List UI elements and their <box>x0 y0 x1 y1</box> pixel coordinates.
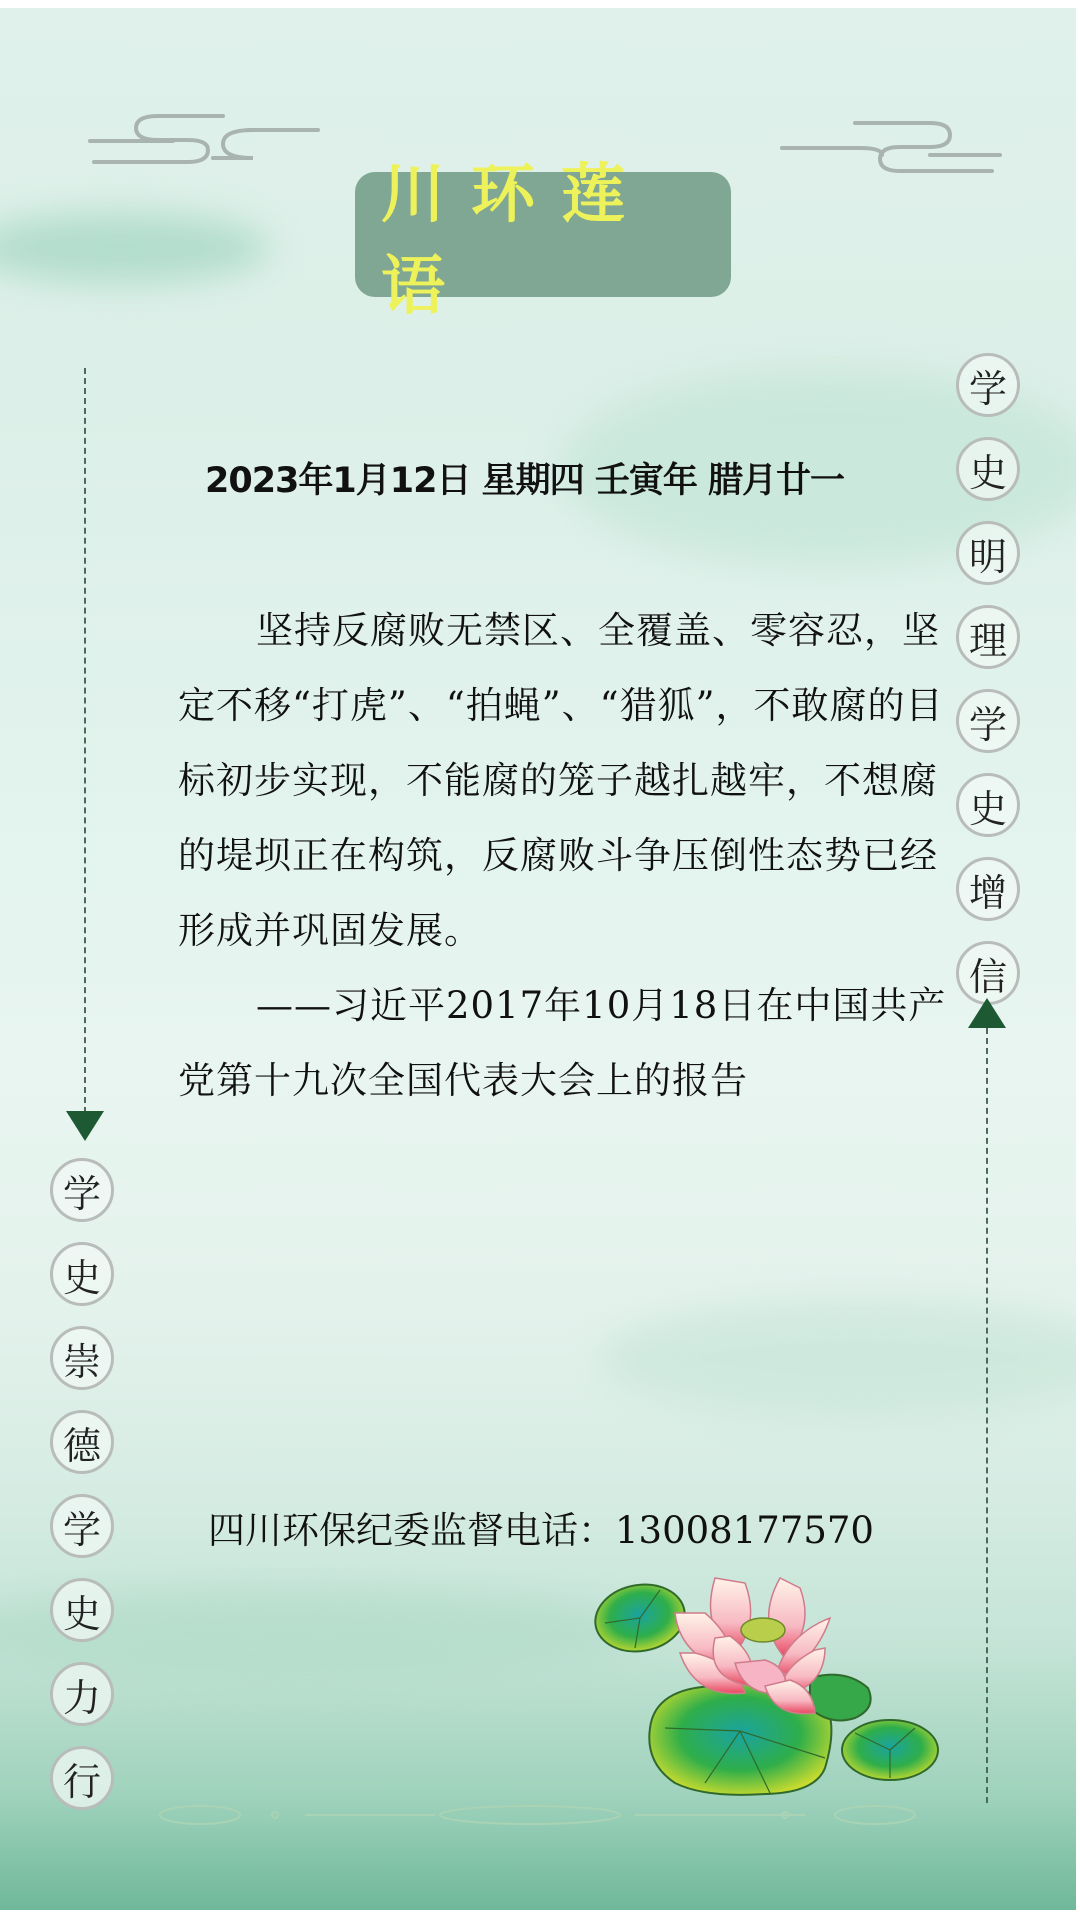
cloud-scroll-icon <box>88 106 328 176</box>
slogan-char: 史 <box>50 1242 114 1306</box>
title-banner: 川环莲语 <box>355 172 731 297</box>
triangle-up-icon <box>968 998 1006 1028</box>
poster-canvas: 川环莲语 2023年1月12日 星期四 壬寅年 腊月廿一 坚持反腐败无禁区、全覆… <box>0 8 1076 1910</box>
slogan-char: 史 <box>956 773 1020 837</box>
left-dashed-line <box>84 368 86 1113</box>
quote-attribution: ——习近平2017年10月18日在中国共产党第十九次全国代表大会上的报告 <box>178 968 948 1118</box>
page-title: 川环莲语 <box>355 143 731 327</box>
lotus-flower-icon <box>585 1568 965 1808</box>
left-slogan-column: 学 史 崇 德 学 史 力 行 <box>50 1158 114 1810</box>
slogan-char: 学 <box>956 353 1020 417</box>
triangle-down-icon <box>66 1111 104 1141</box>
slogan-char: 理 <box>956 605 1020 669</box>
slogan-char: 力 <box>50 1662 114 1726</box>
contact-line: 四川环保纪委监督电话：13008177570 <box>208 1500 874 1554</box>
mountain-mist-left <box>0 213 270 283</box>
slogan-char: 行 <box>50 1746 114 1810</box>
cloud-scroll-icon <box>780 113 1010 183</box>
slogan-char: 学 <box>50 1158 114 1222</box>
slogan-char: 信 <box>956 941 1020 1005</box>
contact-label: 四川环保纪委监督电话： <box>208 1509 615 1552</box>
slogan-char: 学 <box>50 1494 114 1558</box>
slogan-char: 崇 <box>50 1326 114 1390</box>
date-line: 2023年1月12日 星期四 壬寅年 腊月廿一 <box>205 453 885 503</box>
slogan-char: 史 <box>50 1578 114 1642</box>
contact-phone: 13008177570 <box>615 1509 874 1552</box>
quote-paragraph: 坚持反腐败无禁区、全覆盖、零容忍，坚定不移“打虎”、“拍蝇”、“猎狐”，不敢腐的… <box>178 593 948 968</box>
right-slogan-column: 学 史 明 理 学 史 增 信 <box>956 353 1020 1005</box>
slogan-char: 德 <box>50 1410 114 1474</box>
mist-band-lower-right <box>600 1298 1076 1418</box>
slogan-char: 增 <box>956 857 1020 921</box>
slogan-char: 明 <box>956 521 1020 585</box>
slogan-char: 学 <box>956 689 1020 753</box>
floral-divider-icon <box>145 1803 935 1827</box>
right-dashed-line <box>986 1028 988 1803</box>
slogan-char: 史 <box>956 437 1020 501</box>
quote-block: 坚持反腐败无禁区、全覆盖、零容忍，坚定不移“打虎”、“拍蝇”、“猎狐”，不敢腐的… <box>178 593 948 1118</box>
